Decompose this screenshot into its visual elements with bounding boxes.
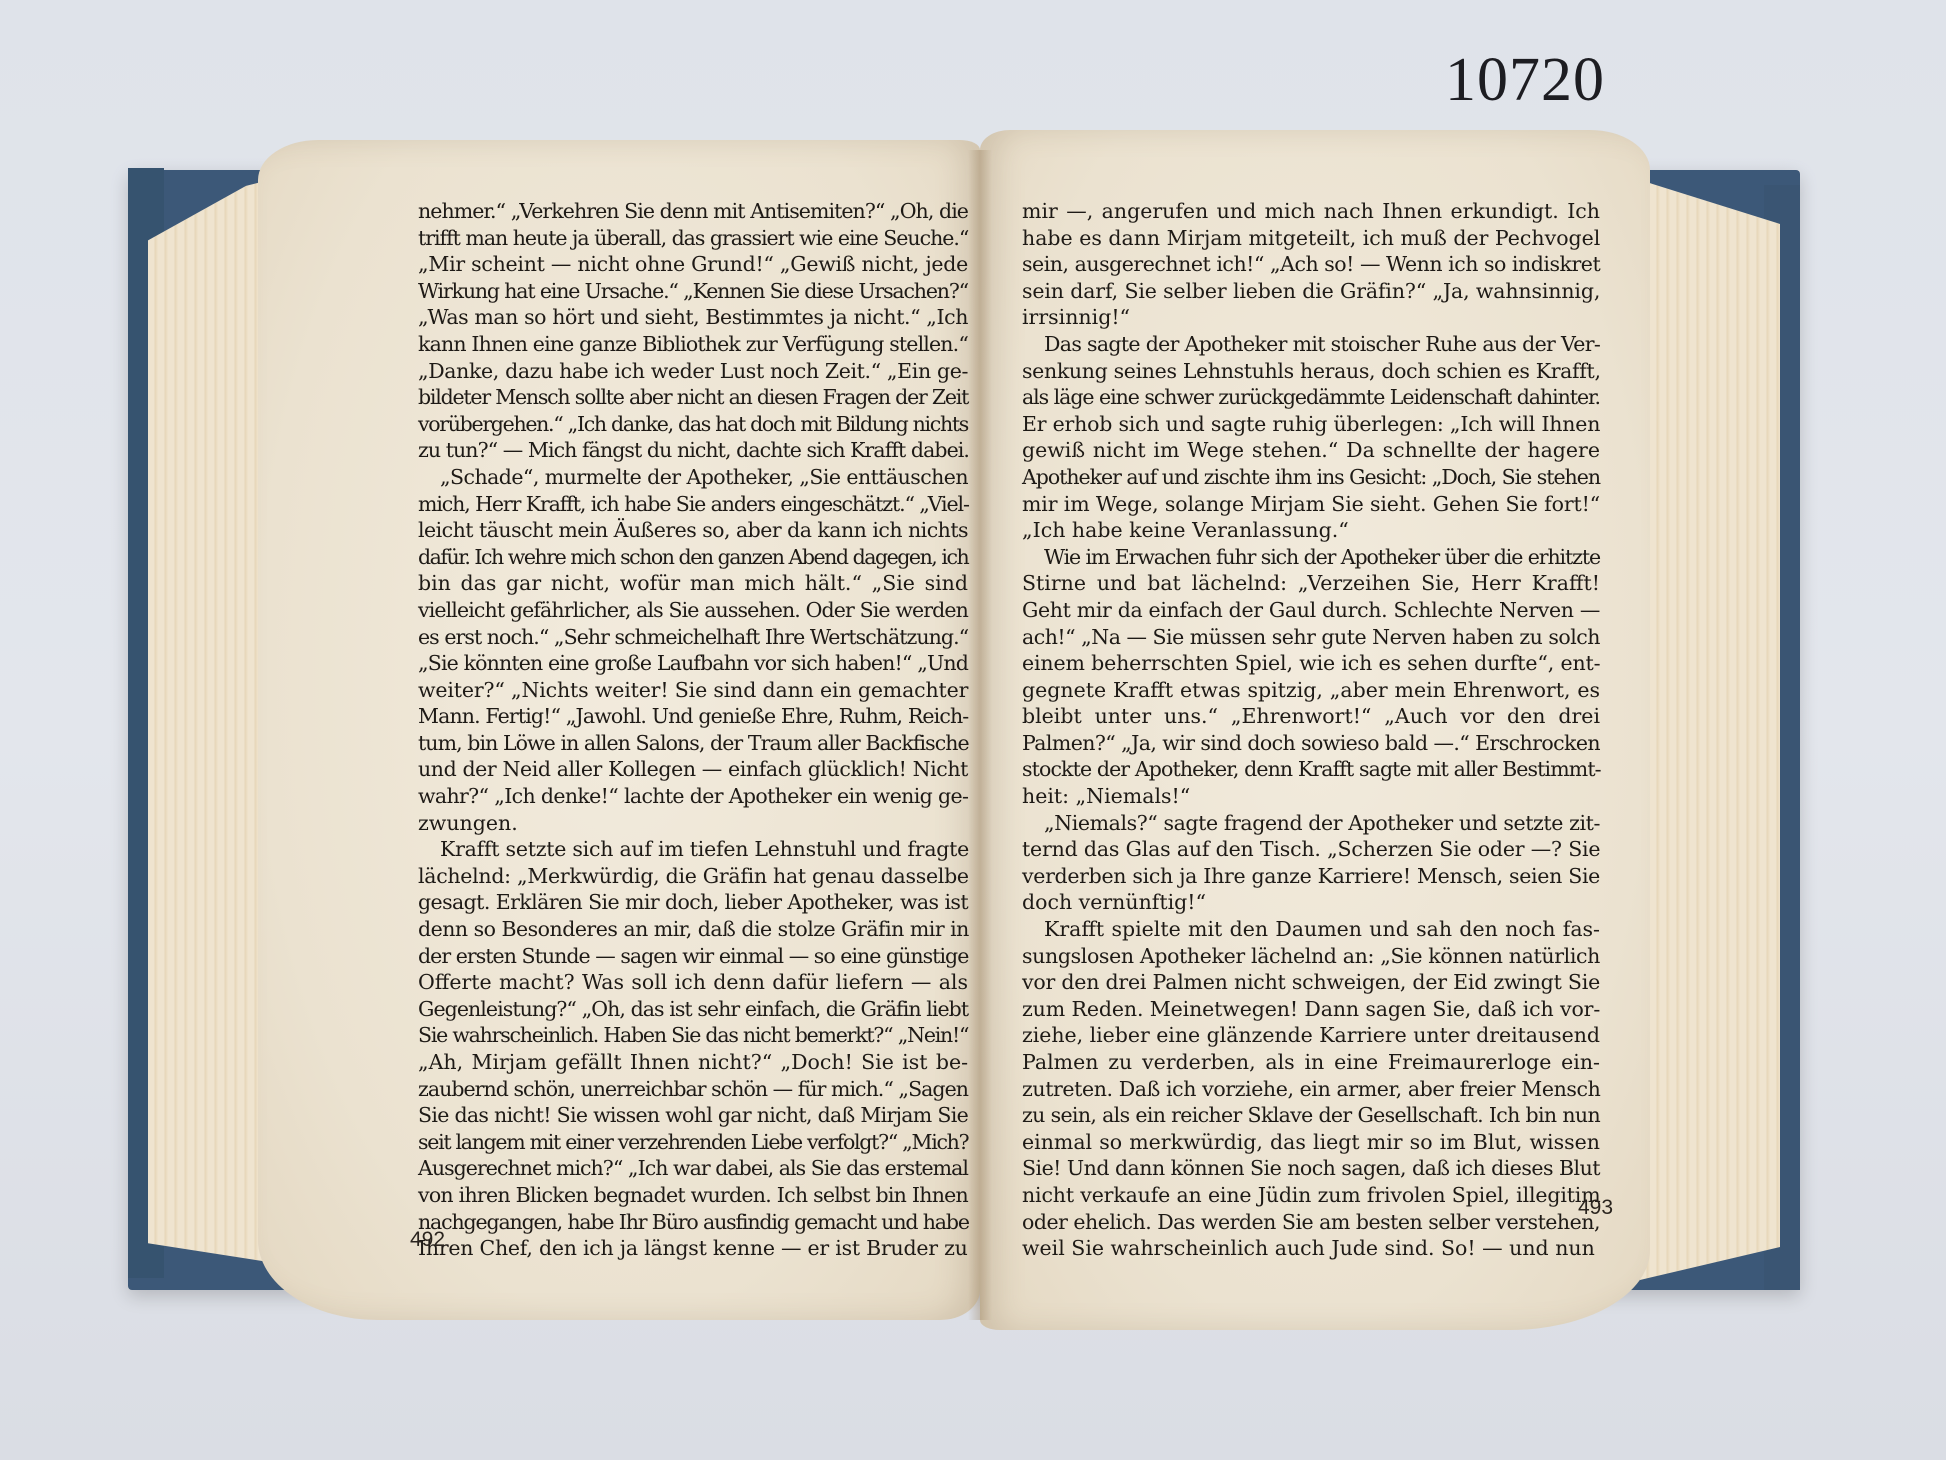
text-line: sungslosen Apotheker lächelnd an: „Sie k…: [1022, 943, 1600, 970]
text-line: Sie wahrscheinlich. Haben Sie das nicht …: [418, 1022, 968, 1049]
text-line: denn so Besonderes an mir, daß die stolz…: [418, 916, 968, 943]
text-line: „Sie könnten eine große Laufbahn vor sic…: [418, 650, 968, 677]
text-line: tum, bin Löwe in allen Salons, der Traum…: [418, 730, 968, 757]
left-page-text: nehmer.“ „Verkehren Sie denn mit Antisem…: [418, 198, 968, 1262]
text-line: zaubernd schön, unerreichbar schön — für…: [418, 1076, 968, 1103]
text-line: heit: „Niemals!“: [1022, 783, 1600, 810]
text-line: Das sagte der Apotheker mit stoischer Ru…: [1022, 331, 1600, 358]
text-line: irrsinnig!“: [1022, 304, 1600, 331]
text-line: Apotheker auf und zischte ihm ins Gesich…: [1022, 464, 1600, 491]
text-line: Krafft setzte sich auf im tiefen Lehnstu…: [418, 836, 968, 863]
text-line: gegnete Krafft etwas spitzig, „aber mein…: [1022, 677, 1600, 704]
text-line: zu sein, als ein reicher Sklave der Gese…: [1022, 1102, 1600, 1129]
text-line: „Was man so hört und sieht, Bestimmtes j…: [418, 304, 968, 331]
text-line: weil Sie wahrscheinlich auch Jude sind. …: [1022, 1235, 1600, 1262]
text-line: Sie das nicht! Sie wissen wohl gar nicht…: [418, 1102, 968, 1129]
text-line: ach!“ „Na — Sie müssen sehr gute Nerven …: [1022, 624, 1600, 651]
text-line: Er erhob sich und sagte ruhig überlegen:…: [1022, 411, 1600, 438]
text-line: seit langem mit einer verzehrenden Liebe…: [418, 1129, 968, 1156]
text-line: „Danke, dazu habe ich weder Lust noch Ze…: [418, 358, 968, 385]
text-line: Wirkung hat eine Ursache.“ „Kennen Sie d…: [418, 278, 968, 305]
text-line: bildeter Mensch sollte aber nicht an die…: [418, 384, 968, 411]
text-line: Ausgerechnet mich?“ „Ich war dabei, als …: [418, 1155, 968, 1182]
text-line: mir —, angerufen und mich nach Ihnen erk…: [1022, 198, 1600, 225]
text-line: es erst noch.“ „Sehr schmeichelhaft Ihre…: [418, 624, 968, 651]
text-line: mir im Wege, solange Mirjam Sie sieht. G…: [1022, 491, 1600, 518]
text-line: nehmer.“ „Verkehren Sie denn mit Antisem…: [418, 198, 968, 225]
page-number-left: 492: [410, 1228, 445, 1252]
text-line: einmal so merkwürdig, das liegt mir so i…: [1022, 1129, 1600, 1156]
text-line: Krafft spielte mit den Daumen und sah de…: [1022, 916, 1600, 943]
text-line: „Niemals?“ sagte fragend der Apotheker u…: [1022, 810, 1600, 837]
text-line: Offerte macht? Was soll ich denn dafür l…: [418, 969, 968, 996]
text-line: oder ehelich. Das werden Sie am besten s…: [1022, 1209, 1600, 1236]
right-page-text: mir —, angerufen und mich nach Ihnen erk…: [1022, 198, 1600, 1262]
text-line: als läge eine schwer zurückgedämmte Leid…: [1022, 384, 1600, 411]
text-line: zutreten. Daß ich vorziehe, ein armer, a…: [1022, 1076, 1600, 1103]
text-line: mich, Herr Krafft, ich habe Sie anders e…: [418, 491, 968, 518]
text-line: Sie! Und dann können Sie noch sagen, daß…: [1022, 1155, 1600, 1182]
text-line: leicht täuscht mein Äußeres so, aber da …: [418, 517, 968, 544]
text-line: weiter?“ „Nichts weiter! Sie sind dann e…: [418, 677, 968, 704]
text-line: ziehe, lieber eine glänzende Karriere un…: [1022, 1022, 1600, 1049]
text-line: sein, ausgerechnet ich!“ „Ach so! — Wenn…: [1022, 251, 1600, 278]
text-line: verderben sich ja Ihre ganze Karriere! M…: [1022, 863, 1600, 890]
text-line: vielleicht gefährlicher, als Sie aussehe…: [418, 597, 968, 624]
text-line: „Ah, Mirjam gefällt Ihnen nicht?“ „Doch!…: [418, 1049, 968, 1076]
text-line: trifft man heute ja überall, das grassie…: [418, 225, 968, 252]
text-line: Stirne und bat lächelnd: „Verzeihen Sie,…: [1022, 570, 1600, 597]
text-line: „Schade“, murmelte der Apotheker, „Sie e…: [418, 464, 968, 491]
text-line: Mann. Fertig!“ „Jawohl. Und genieße Ehre…: [418, 703, 968, 730]
page-number-right: 493: [1578, 1196, 1613, 1220]
text-line: dafür. Ich wehre mich schon den ganzen A…: [418, 544, 968, 571]
text-line: stockte der Apotheker, denn Krafft sagte…: [1022, 756, 1600, 783]
text-line: ternd das Glas auf den Tisch. „Scherzen …: [1022, 836, 1600, 863]
text-line: kann Ihnen eine ganze Bibliothek zur Ver…: [418, 331, 968, 358]
text-line: Geht mir da einfach der Gaul durch. Schl…: [1022, 597, 1600, 624]
text-line: nicht verkaufe an eine Jüdin zum frivole…: [1022, 1182, 1600, 1209]
text-line: Wie im Erwachen fuhr sich der Apotheker …: [1022, 544, 1600, 571]
text-line: zum Reden. Meinetwegen! Dann sagen Sie, …: [1022, 996, 1600, 1023]
text-line: vorübergehen.“ „Ich danke, das hat doch …: [418, 411, 968, 438]
text-line: von ihren Blicken begnadet wurden. Ich s…: [418, 1182, 968, 1209]
text-line: Gegenleistung?“ „Oh, das ist sehr einfac…: [418, 996, 968, 1023]
text-line: Palmen zu verderben, als in eine Freimau…: [1022, 1049, 1600, 1076]
text-line: bleibt unter uns.“ „Ehrenwort!“ „Auch vo…: [1022, 703, 1600, 730]
text-line: senkung seines Lehnstuhls heraus, doch s…: [1022, 358, 1600, 385]
text-line: zwungen.: [418, 810, 968, 837]
page-block-edge-right: [1640, 180, 1780, 1280]
text-line: „Ich habe keine Veranlassung.“: [1022, 517, 1600, 544]
text-line: wahr?“ „Ich denke!“ lachte der Apotheker…: [418, 783, 968, 810]
text-line: habe es dann Mirjam mitgeteilt, ich muß …: [1022, 225, 1600, 252]
text-line: gesagt. Erklären Sie mir doch, lieber Ap…: [418, 889, 968, 916]
text-line: gewiß nicht im Wege stehen.“ Da schnellt…: [1022, 437, 1600, 464]
text-line: Palmen?“ „Ja, wir sind doch sowieso bald…: [1022, 730, 1600, 757]
text-line: und der Neid aller Kollegen — einfach gl…: [418, 756, 968, 783]
text-line: nachgegangen, habe Ihr Büro ausfindig ge…: [418, 1209, 968, 1236]
text-line: Ihren Chef, den ich ja längst kenne — er…: [418, 1235, 968, 1262]
text-line: sein darf, Sie selber lieben die Gräfin?…: [1022, 278, 1600, 305]
inventory-label: 10720: [1395, 40, 1655, 120]
text-line: zu tun?“ — Mich fängst du nicht, dachte …: [418, 437, 968, 464]
text-line: „Mir scheint — nicht ohne Grund!“ „Gewiß…: [418, 251, 968, 278]
book-gutter: [968, 150, 992, 1320]
text-line: einem beherrschten Spiel, wie ich es seh…: [1022, 650, 1600, 677]
text-line: der ersten Stunde — sagen wir einmal — s…: [418, 943, 968, 970]
text-line: vor den drei Palmen nicht schweigen, der…: [1022, 969, 1600, 996]
text-line: bin das gar nicht, wofür man mich hält.“…: [418, 570, 968, 597]
text-line: doch vernünftig!“: [1022, 889, 1600, 916]
text-line: lächelnd: „Merkwürdig, die Gräfin hat ge…: [418, 863, 968, 890]
